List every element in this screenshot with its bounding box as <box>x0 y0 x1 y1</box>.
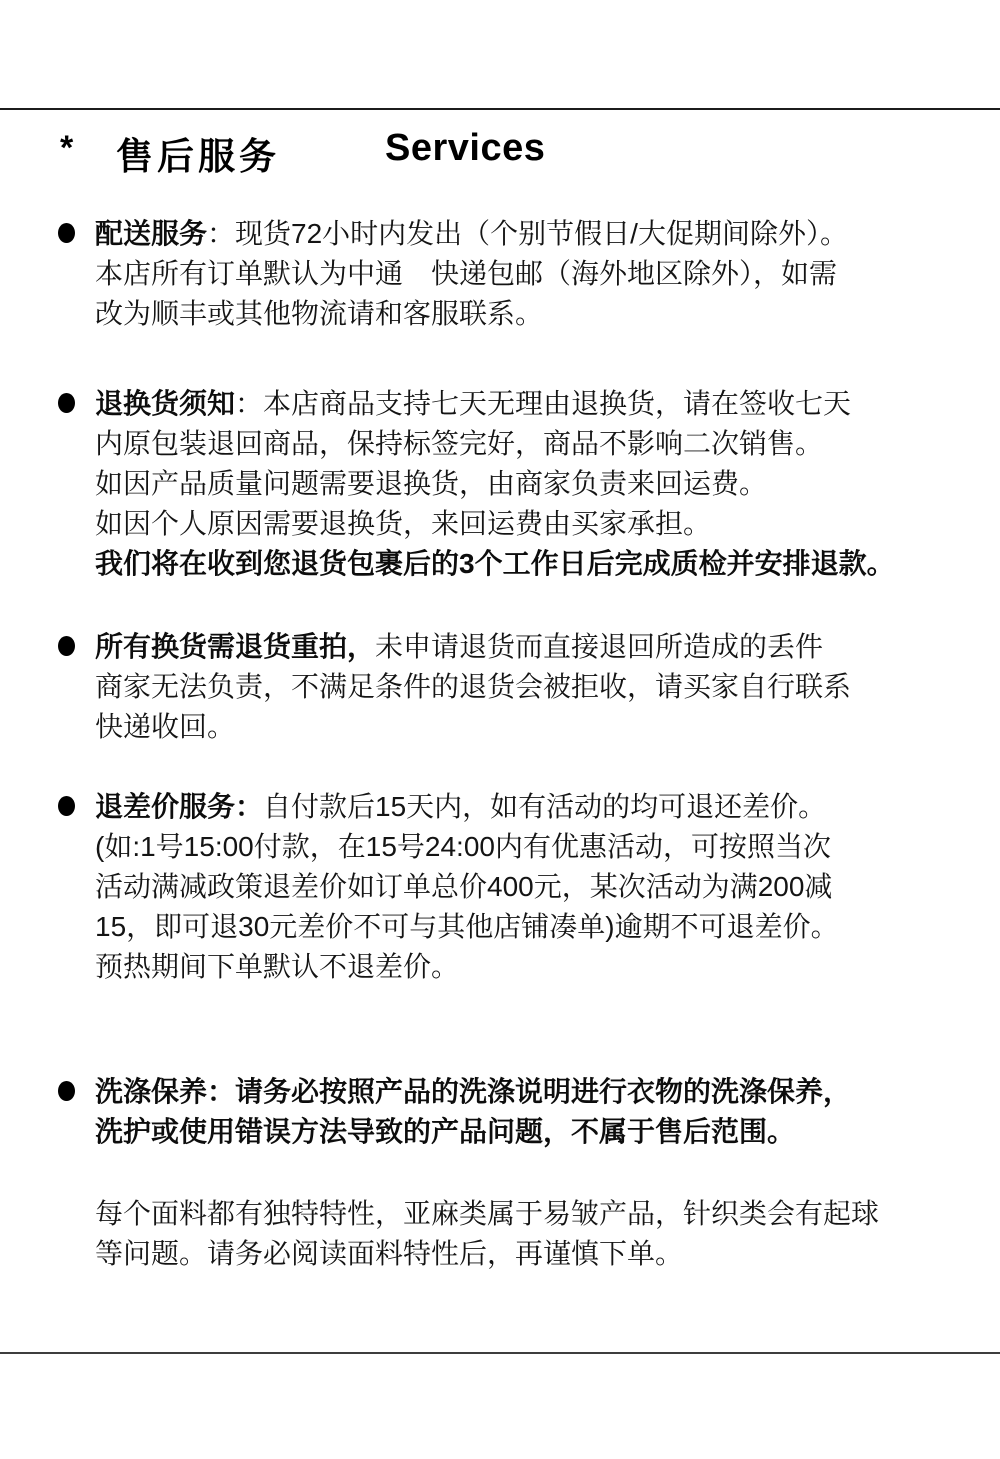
top-divider <box>0 108 1000 110</box>
text-segment: 未申请退货而直接退回所造成的丢件 <box>375 631 823 662</box>
service-item-shipping: 配送服务：现货72小时内发出（个别节假日/大促期间除外）。本店所有订单默认为中通… <box>58 214 980 334</box>
text-segment-bold: 洗护或使用错误方法导致的产品问题，不属于售后范围。 <box>95 1116 795 1147</box>
text-segment: 每个面料都有独特特性，亚麻类属于易皱产品，针织类会有起球 <box>95 1198 879 1229</box>
text-segment: 如因个人原因需要退换货，来回运费由买家承担。 <box>95 508 711 539</box>
text-line: 退差价服务：自付款后15天内，如有活动的均可退还差价。 <box>95 787 980 827</box>
service-text: 所有换货需退货重拍，未申请退货而直接退回所造成的丢件商家无法负责，不满足条件的退… <box>95 627 980 747</box>
text-segment: 商家无法负责，不满足条件的退货会被拒收，请买家自行联系 <box>95 671 851 702</box>
page-title-en: Services <box>385 127 545 170</box>
service-item-exchange-rule: 所有换货需退货重拍，未申请退货而直接退回所造成的丢件商家无法负责，不满足条件的退… <box>58 627 980 747</box>
text-segment-bold: 洗涤保养：请务必按照产品的洗涤说明进行衣物的洗涤保养， <box>95 1076 851 1107</box>
text-line: (如:1号15:00付款，在15号24:00内有优惠活动，可按照当次 <box>95 827 980 867</box>
text-line: 如因个人原因需要退换货，来回运费由买家承担。 <box>95 504 980 544</box>
text-line: 快递收回。 <box>95 707 980 747</box>
text-line: 活动满减政策退差价如订单总价400元，某次活动为满200减 <box>95 867 980 907</box>
bullet-dot-icon <box>58 1081 75 1101</box>
text-segment-bold: 退差价服务： <box>95 791 263 822</box>
text-line: 我们将在收到您退货包裹后的3个工作日后完成质检并安排退款。 <box>95 544 980 584</box>
service-item-washing-care: 洗涤保养：请务必按照产品的洗涤说明进行衣物的洗涤保养，洗护或使用错误方法导致的产… <box>58 1072 980 1152</box>
text-line: 洗护或使用错误方法导致的产品问题，不属于售后范围。 <box>95 1112 980 1152</box>
text-segment: 快递收回。 <box>95 711 235 742</box>
text-segment: 自付款后15天内，如有活动的均可退还差价。 <box>263 791 826 822</box>
service-item-price-difference: 退差价服务：自付款后15天内，如有活动的均可退还差价。(如:1号15:00付款，… <box>58 787 980 987</box>
text-segment-bold: 配送服务 <box>95 218 207 249</box>
service-item-return-policy: 退换货须知：本店商品支持七天无理由退换货，请在签收七天内原包装退回商品，保持标签… <box>58 384 980 584</box>
text-line: 内原包装退回商品，保持标签完好，商品不影响二次销售。 <box>95 424 980 464</box>
text-segment-bold: 所有换货需退货重拍， <box>95 631 375 662</box>
asterisk-marker: * <box>60 129 73 168</box>
text-line: 如因产品质量问题需要退换货，由商家负责来回运费。 <box>95 464 980 504</box>
bullet-dot-icon <box>58 636 75 656</box>
service-text: 配送服务：现货72小时内发出（个别节假日/大促期间除外）。本店所有订单默认为中通… <box>95 214 980 334</box>
bullet-dot-icon <box>58 223 75 243</box>
text-line: 商家无法负责，不满足条件的退货会被拒收，请买家自行联系 <box>95 667 980 707</box>
text-line: 配送服务：现货72小时内发出（个别节假日/大促期间除外）。 <box>95 214 980 254</box>
text-segment: 活动满减政策退差价如订单总价400元，某次活动为满200减 <box>95 871 832 902</box>
text-segment: 如因产品质量问题需要退换货，由商家负责来回运费。 <box>95 468 767 499</box>
text-segment: ：本店商品支持七天无理由退换货，请在签收七天 <box>235 388 851 419</box>
text-segment: 15，即可退30元差价不可与其他店铺凑单)逾期不可退差价。 <box>95 911 839 942</box>
section-header: * 售后服务 Services <box>0 126 1000 178</box>
text-segment-bold: 我们将在收到您退货包裹后的3个工作日后完成质检并安排退款。 <box>95 548 895 579</box>
text-segment-bold: 退换货须知 <box>95 388 235 419</box>
text-line: 每个面料都有独特特性，亚麻类属于易皱产品，针织类会有起球 <box>95 1194 980 1234</box>
service-text: 退差价服务：自付款后15天内，如有活动的均可退还差价。(如:1号15:00付款，… <box>95 787 980 987</box>
text-segment: 改为顺丰或其他物流请和客服联系。 <box>95 298 543 329</box>
after-sales-services-page: * 售后服务 Services 配送服务：现货72小时内发出（个别节假日/大促期… <box>0 0 1000 1459</box>
service-item-fabric-note: 每个面料都有独特特性，亚麻类属于易皱产品，针织类会有起球等问题。请务必阅读面料特… <box>58 1194 980 1274</box>
bullet-column <box>58 787 95 816</box>
service-text: 退换货须知：本店商品支持七天无理由退换货，请在签收七天内原包装退回商品，保持标签… <box>95 384 980 584</box>
text-line: 所有换货需退货重拍，未申请退货而直接退回所造成的丢件 <box>95 627 980 667</box>
text-line: 退换货须知：本店商品支持七天无理由退换货，请在签收七天 <box>95 384 980 424</box>
bullet-dot-icon <box>58 393 75 413</box>
service-text: 每个面料都有独特特性，亚麻类属于易皱产品，针织类会有起球等问题。请务必阅读面料特… <box>95 1194 980 1274</box>
text-line: 洗涤保养：请务必按照产品的洗涤说明进行衣物的洗涤保养， <box>95 1072 980 1112</box>
text-segment: (如:1号15:00付款，在15号24:00内有优惠活动，可按照当次 <box>95 831 831 862</box>
bullet-column <box>58 214 95 243</box>
text-segment: 内原包装退回商品，保持标签完好，商品不影响二次销售。 <box>95 428 823 459</box>
bullet-column <box>58 627 95 656</box>
text-segment: 预热期间下单默认不退差价。 <box>95 951 459 982</box>
text-line: 改为顺丰或其他物流请和客服联系。 <box>95 294 980 334</box>
service-text: 洗涤保养：请务必按照产品的洗涤说明进行衣物的洗涤保养，洗护或使用错误方法导致的产… <box>95 1072 980 1152</box>
text-segment: 本店所有订单默认为中通 快递包邮（海外地区除外），如需 <box>95 258 837 289</box>
text-line: 本店所有订单默认为中通 快递包邮（海外地区除外），如需 <box>95 254 980 294</box>
text-segment: 等问题。请务必阅读面料特性后，再谨慎下单。 <box>95 1238 683 1269</box>
bottom-divider <box>0 1352 1000 1354</box>
bullet-dot-icon <box>58 796 75 816</box>
bullet-column <box>58 384 95 413</box>
text-line: 等问题。请务必阅读面料特性后，再谨慎下单。 <box>95 1234 980 1274</box>
bullet-column <box>58 1072 95 1101</box>
text-segment: ：现货72小时内发出（个别节假日/大促期间除外）。 <box>207 218 848 249</box>
page-title-zh: 售后服务 <box>116 126 280 180</box>
text-line: 预热期间下单默认不退差价。 <box>95 947 980 987</box>
text-line: 15，即可退30元差价不可与其他店铺凑单)逾期不可退差价。 <box>95 907 980 947</box>
